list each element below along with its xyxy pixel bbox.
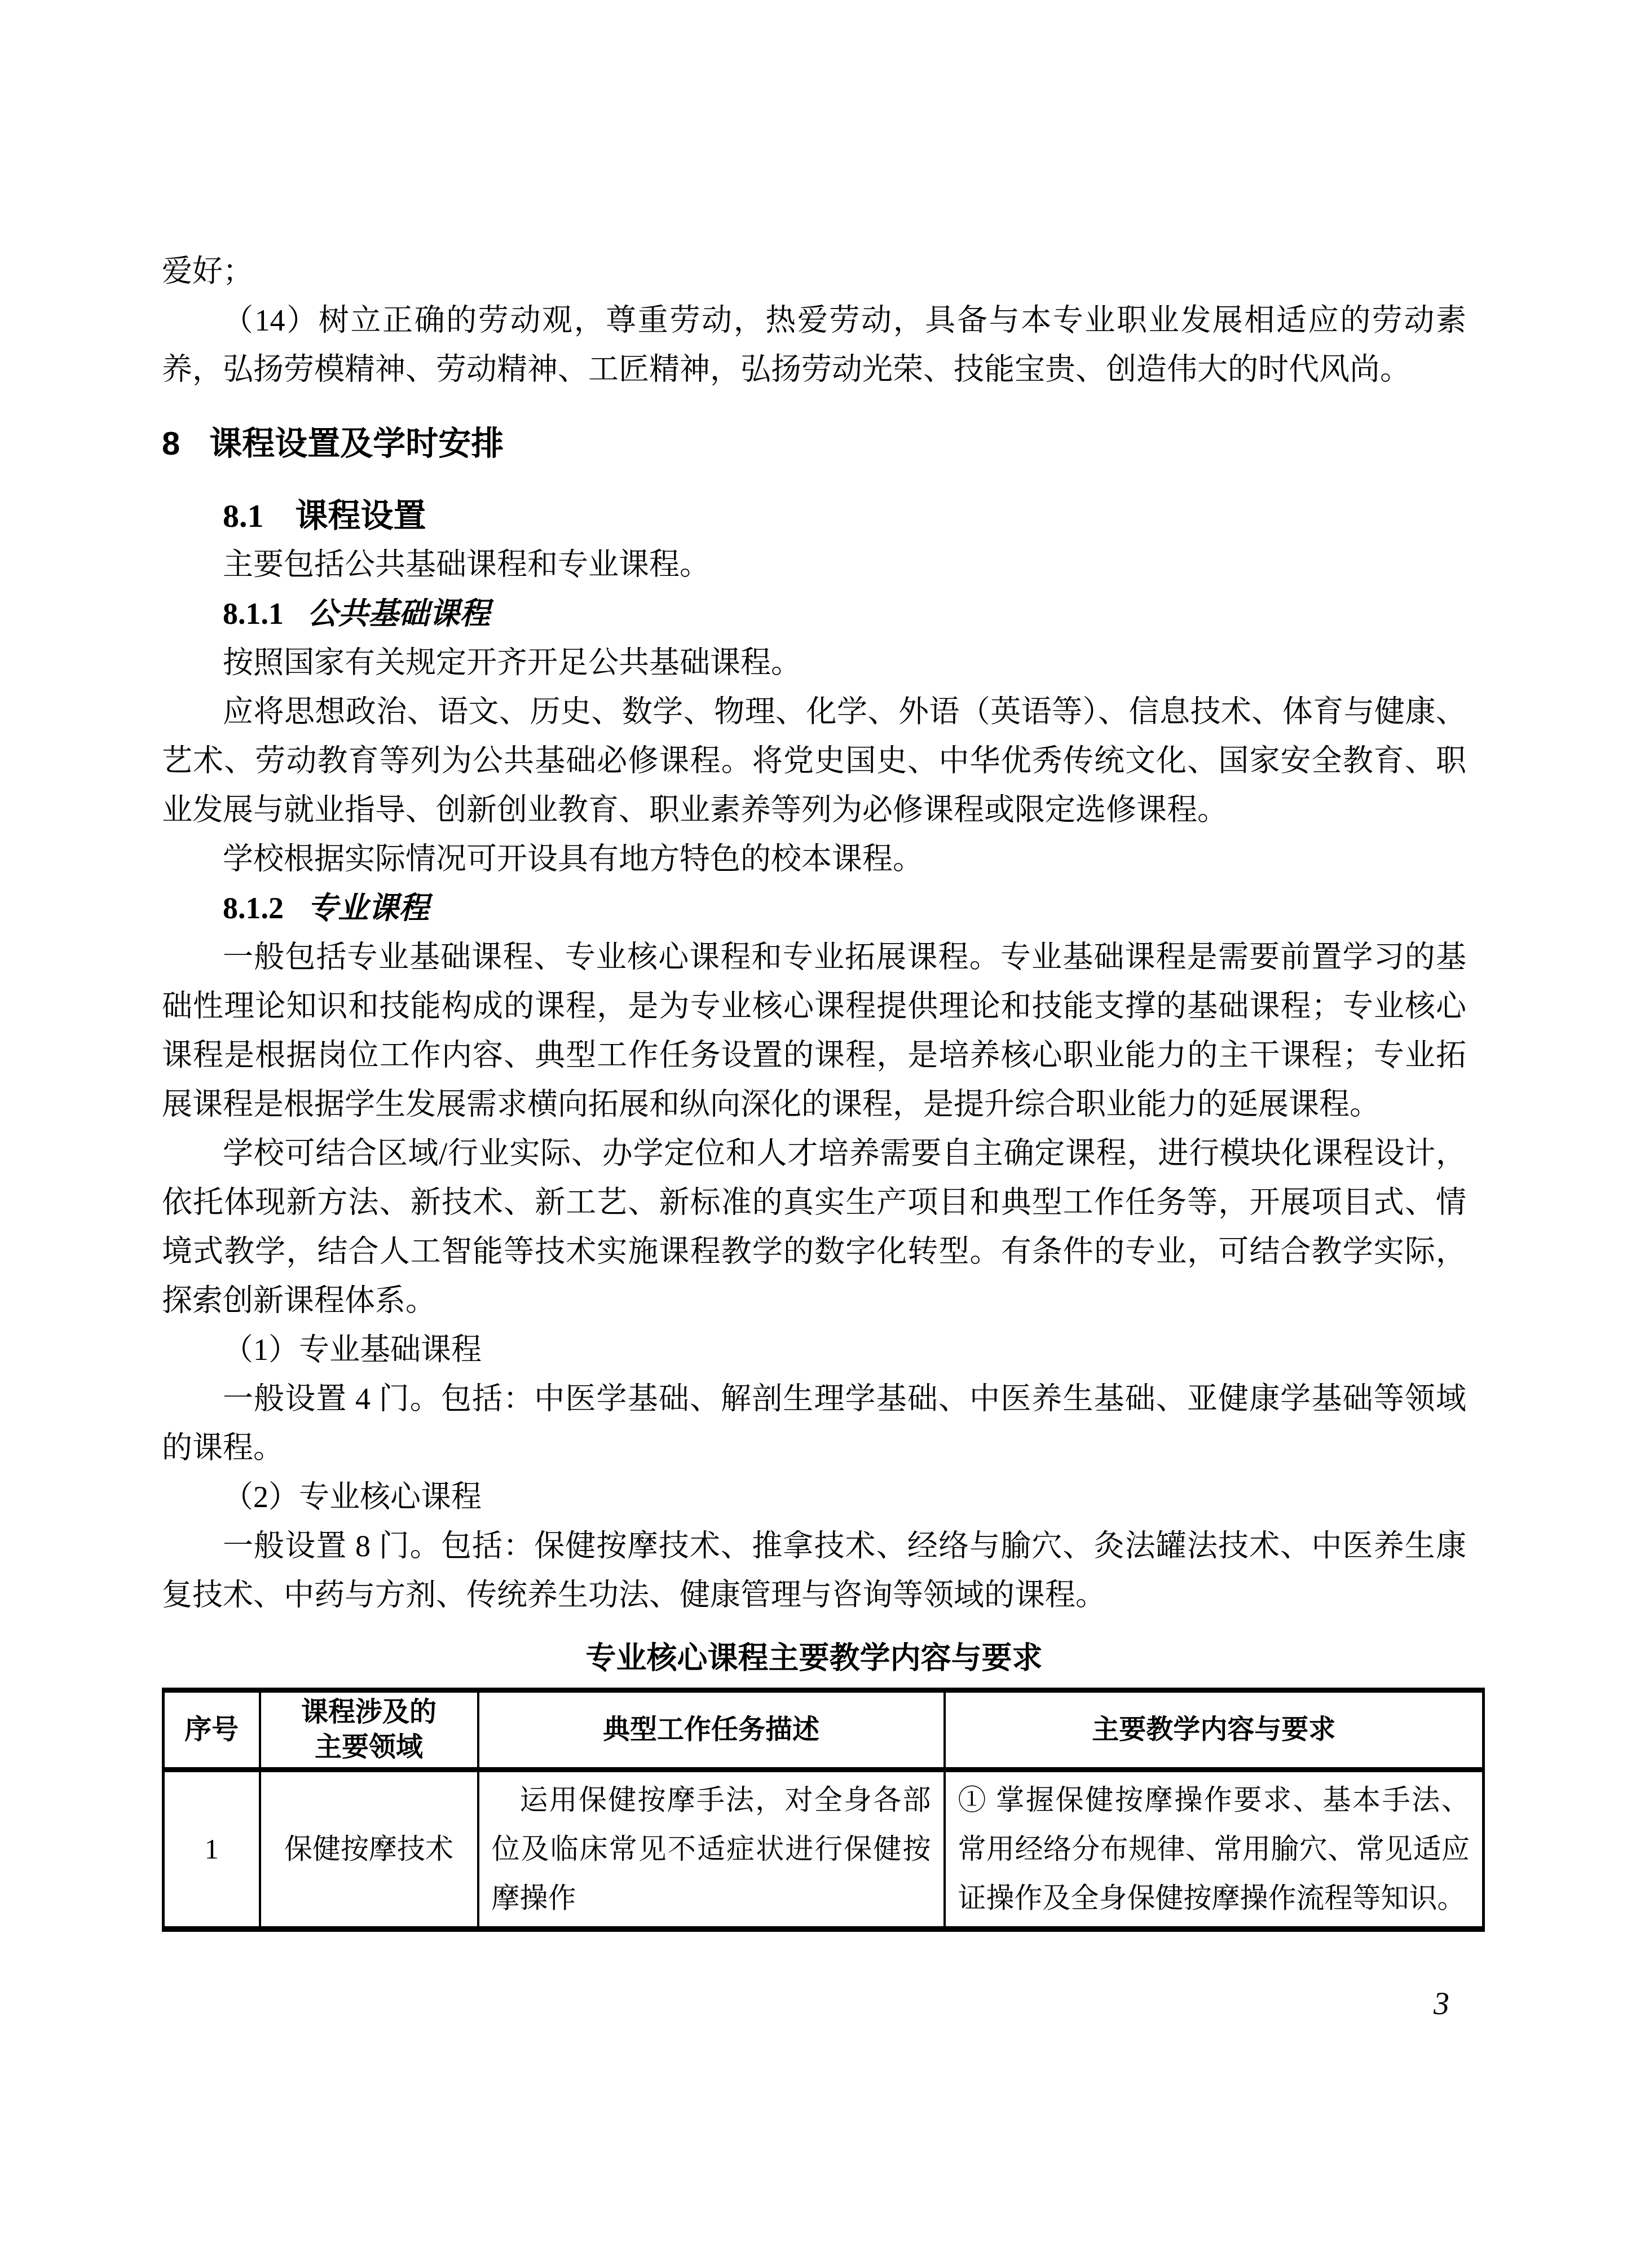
document-page: 爱好； （14）树立正确的劳动观，尊重劳动，热爱劳动，具备与本专业职业发展相适应…	[0, 0, 1627, 2268]
column-header-task: 典型工作任务描述	[478, 1690, 945, 1770]
section-8-1-1-title: 公共基础课程	[307, 597, 490, 631]
section-8-1-title: 课程设置	[296, 497, 426, 534]
section-8-1-2-number: 8.1.2	[223, 891, 284, 925]
section-8-1-number: 8.1	[223, 497, 264, 534]
section-8-heading: 8课程设置及学时安排	[162, 422, 1466, 465]
section-8-number: 8	[162, 425, 180, 462]
core-course-label: （2）专业核心课程	[162, 1473, 1466, 1522]
cell-row-number: 1	[164, 1770, 260, 1930]
cell-course-area: 保健按摩技术	[260, 1770, 478, 1930]
paragraph: 应将思想政治、语文、历史、数学、物理、化学、外语（英语等）、信息技术、体育与健康…	[162, 688, 1466, 835]
core-course-table: 序号 课程涉及的 主要领域 典型工作任务描述 主要教学内容与要求 1 保健按摩技…	[162, 1688, 1485, 1932]
column-header-no: 序号	[164, 1690, 260, 1770]
table-row: 1 保健按摩技术 运用保健按摩手法，对全身各部位及临床常见不适症状进行保健按摩操…	[164, 1770, 1484, 1930]
paragraph: 学校可结合区域/行业实际、办学定位和人才培养需要自主确定课程，进行模块化课程设计…	[162, 1129, 1466, 1325]
section-8-1-1-number: 8.1.1	[223, 597, 284, 631]
cell-teaching-content: ① 掌握保健按摩操作要求、基本手法、常用经络分布规律、常用腧穴、常见适应证操作及…	[945, 1770, 1484, 1930]
core-course-paragraph: 一般设置 8 门。包括：保健按摩技术、推拿技术、经络与腧穴、灸法罐法技术、中医养…	[162, 1522, 1466, 1620]
basic-course-label: （1）专业基础课程	[162, 1325, 1466, 1375]
section-8-1-2-heading: 8.1.2专业课程	[162, 884, 1466, 933]
section-8-title: 课程设置及学时安排	[209, 425, 504, 462]
table-header-row: 序号 课程涉及的 主要领域 典型工作任务描述 主要教学内容与要求	[164, 1690, 1484, 1770]
column-header-content: 主要教学内容与要求	[945, 1690, 1484, 1770]
page-number: 3	[162, 1986, 1466, 2022]
cell-task-description: 运用保健按摩手法，对全身各部位及临床常见不适症状进行保健按摩操作	[478, 1770, 945, 1930]
paragraph: 学校根据实际情况可开设具有地方特色的校本课程。	[162, 835, 1466, 884]
column-header-area: 课程涉及的 主要领域	[260, 1690, 478, 1770]
paragraph: 按照国家有关规定开齐开足公共基础课程。	[162, 638, 1466, 688]
table-title: 专业核心课程主要教学内容与要求	[162, 1634, 1466, 1683]
carryover-line: 爱好；	[162, 247, 1466, 296]
basic-course-paragraph: 一般设置 4 门。包括：中医学基础、解剖生理学基础、中医养生基础、亚健康学基础等…	[162, 1375, 1466, 1473]
section-8-1-intro-paragraph: 主要包括公共基础课程和专业课程。	[162, 540, 1466, 589]
paragraph-item-14: （14）树立正确的劳动观，尊重劳动，热爱劳动，具备与本专业职业发展相适应的劳动素…	[162, 296, 1466, 394]
section-8-1-2-title: 专业课程	[307, 891, 429, 925]
section-8-1-1-heading: 8.1.1公共基础课程	[162, 589, 1466, 638]
paragraph: 一般包括专业基础课程、专业核心课程和专业拓展课程。专业基础课程是需要前置学习的基…	[162, 933, 1466, 1129]
section-8-1-heading: 8.1课程设置	[162, 491, 1466, 540]
